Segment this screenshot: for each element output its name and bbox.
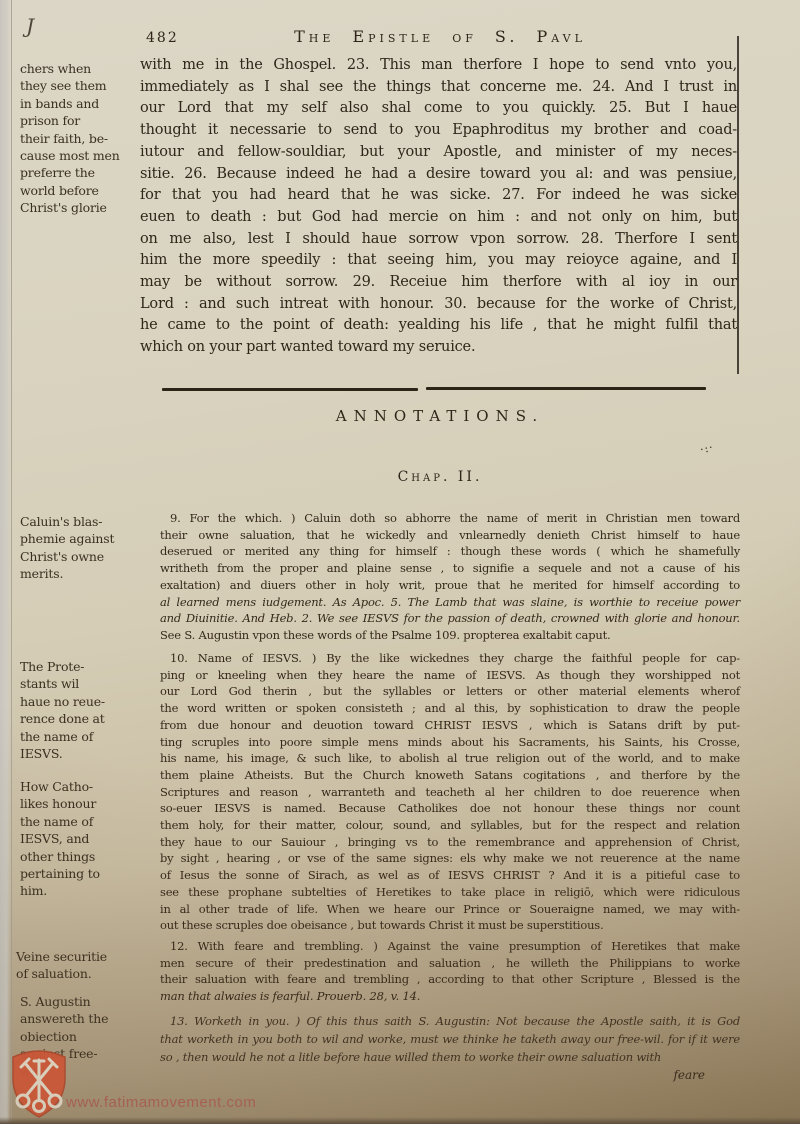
text-line: How Catho- [20, 778, 132, 795]
text-line: Scriptures and reason , warranteth and t… [160, 784, 740, 801]
text-line: writheth from the proper and plaine sens… [160, 560, 740, 577]
text-line: our Lord God therin , but the syllables … [160, 683, 740, 700]
margin-note-catholikes: How Catho-likes honourthe name ofIESVS, … [20, 778, 132, 900]
text-line: they see them [20, 77, 132, 94]
text-line: man that alwaies is fearful. Prouerb. 28… [160, 988, 740, 1005]
text-line: they haue to our Sauiour , bringing vs t… [160, 834, 740, 851]
text-line: 9. For the which. ) Caluin doth so abhor… [160, 510, 740, 527]
text-line: pertaining to [20, 865, 132, 882]
text-line: al learned mens iudgement. As Apoc. 5. T… [160, 594, 740, 611]
text-line: out these scruples doe obeisance , but t… [160, 917, 740, 934]
text-line: immediately as I shal see the things tha… [140, 77, 737, 99]
margin-note-persecution: chers whenthey see themin bands andpriso… [20, 60, 132, 217]
text-line: haue no reue- [20, 693, 132, 710]
running-title: The Epistle of S. Pavl [190, 27, 690, 46]
text-line: the word written or spoken consisteth ; … [160, 700, 740, 717]
margin-note-veine-securitie: Veine securitieof saluation. [16, 948, 138, 983]
annotation-13: 13. Worketh in you. ) Of this thus saith… [160, 1012, 740, 1066]
text-line: prison for [20, 112, 132, 129]
handwritten-corner-mark: J [26, 14, 34, 38]
text-line: Christ's owne [20, 548, 132, 565]
text-line: of Iesus the sonne of Sirach, as wel as … [160, 867, 740, 884]
text-line: answereth the [20, 1010, 132, 1027]
text-line: phemie against [20, 530, 132, 547]
text-line: other things [20, 848, 132, 865]
text-line: preferre the [20, 164, 132, 181]
text-line: stants wil [20, 675, 132, 692]
annotation-10: 10. Name of IESVS. ) By the like wickedn… [160, 650, 740, 934]
text-line: of saluation. [16, 965, 138, 982]
text-line: Lord : and such intreat with honour. 30.… [140, 294, 737, 316]
text-line: deserued or merited any thing for himsel… [160, 543, 740, 560]
margin-note-protestants: The Prote-stants wilhaue no reue-rence d… [20, 658, 132, 762]
text-line: in al other trade of life. When we heare… [160, 901, 740, 918]
text-line: Christ's glorie [20, 199, 132, 216]
text-line: exaltation) and diuers other in holy wri… [160, 577, 740, 594]
text-line: 13. Worketh in you. ) Of this thus saith… [160, 1012, 740, 1030]
text-line: and Diuinitie. And Heb. 2. We see IESVS … [160, 610, 740, 627]
text-line: merits. [20, 565, 132, 582]
text-line: IESVS, and [20, 830, 132, 847]
text-line: thought it necessarie to send to you Epa… [140, 120, 737, 142]
text-line: the name of [20, 813, 132, 830]
text-line: world before [20, 182, 132, 199]
text-line: may be without sorrow. 29. Receiue him t… [140, 272, 737, 294]
text-line: cause most men [20, 147, 132, 164]
text-line: see these prophane subtelties of Heretik… [160, 884, 740, 901]
text-line: their owne saluation, that he wickedly a… [160, 527, 740, 544]
annotation-9: 9. For the which. ) Caluin doth so abhor… [160, 510, 740, 644]
text-line: sitie. 26. Because indeed he had a desir… [140, 164, 737, 186]
text-line: his name, his image, & such like, to abo… [160, 750, 740, 767]
text-line: obiection [20, 1028, 132, 1045]
text-line: our Lord that my self also shal come to … [140, 98, 737, 120]
ink-blot: ·:· [699, 441, 715, 457]
text-line: See S. Augustin vpon these words of the … [160, 627, 740, 644]
chapter-heading: Chap. II. [240, 469, 640, 485]
text-line: which on your part wanted toward my seru… [140, 337, 737, 359]
text-line: chers when [20, 60, 132, 77]
catchword: feare [160, 1068, 705, 1082]
text-line: them plaine Atheists. But the Church kno… [160, 767, 740, 784]
text-line: him. [20, 882, 132, 899]
text-line: ping or kneeling when they heare the nam… [160, 667, 740, 684]
section-rule-right [426, 387, 706, 390]
text-line: The Prote- [20, 658, 132, 675]
text-line: them holy, for their matter, colour, sou… [160, 817, 740, 834]
text-line: men secure of their predestination and s… [160, 955, 740, 972]
text-line: ting scruples into poore simple mens min… [160, 734, 740, 751]
text-line: the name of [20, 728, 132, 745]
column-rule-vertical [737, 36, 739, 374]
text-line: IESVS. [20, 745, 132, 762]
text-line: that worketh in you both to wil and work… [160, 1030, 740, 1048]
margin-note-calvin: Caluin's blas-phemie againstChrist's own… [20, 513, 132, 583]
text-line: 12. With feare and trembling. ) Against … [160, 938, 740, 955]
text-line: Caluin's blas- [20, 513, 132, 530]
text-line: iutour and fellow-souldiar, but your Apo… [140, 142, 737, 164]
text-line: Veine securitie [16, 948, 138, 965]
scan-edge-left [0, 0, 12, 1124]
scanned-book-page: J 482 The Epistle of S. Pavl chers whent… [0, 0, 800, 1124]
text-line: on me also, lest I should haue sorrow vp… [140, 229, 737, 251]
text-line: in bands and [20, 95, 132, 112]
text-line: for that you had heard that he was sicke… [140, 185, 737, 207]
text-line: their saluation with feare and trembling… [160, 971, 740, 988]
text-line: so-euer IESVS is named. Because Catholik… [160, 800, 740, 817]
text-line: by sight , hearing , or vse of the same … [160, 850, 740, 867]
text-line: S. Augustin [20, 993, 132, 1010]
text-line: with me in the Ghospel. 23. This man the… [140, 55, 737, 77]
text-line: likes honour [20, 795, 132, 812]
annotations-heading: ANNOTATIONS. [240, 407, 640, 425]
verse-text-philippians-2: with me in the Ghospel. 23. This man the… [140, 55, 737, 359]
text-line: so , then would he not a litle before ha… [160, 1048, 740, 1066]
watermark-url: www.fatimamovement.com [66, 1094, 256, 1111]
text-line: rence done at [20, 710, 132, 727]
text-line: him the more speedily : that seeing him,… [140, 250, 737, 272]
section-rule-left [162, 388, 418, 391]
text-line: euen to death : but God had mercie on hi… [140, 207, 737, 229]
annotation-12: 12. With feare and trembling. ) Against … [160, 938, 740, 1005]
page-number: 482 [146, 30, 179, 46]
text-line: he came to the point of death: yealding … [140, 315, 737, 337]
crossed-keys-shield-icon [8, 1048, 70, 1120]
text-line: their faith, be- [20, 130, 132, 147]
scan-edge-bottom [0, 1117, 800, 1124]
text-line: from due honour and deuotion toward CHRI… [160, 717, 740, 734]
text-line: 10. Name of IESVS. ) By the like wickedn… [160, 650, 740, 667]
